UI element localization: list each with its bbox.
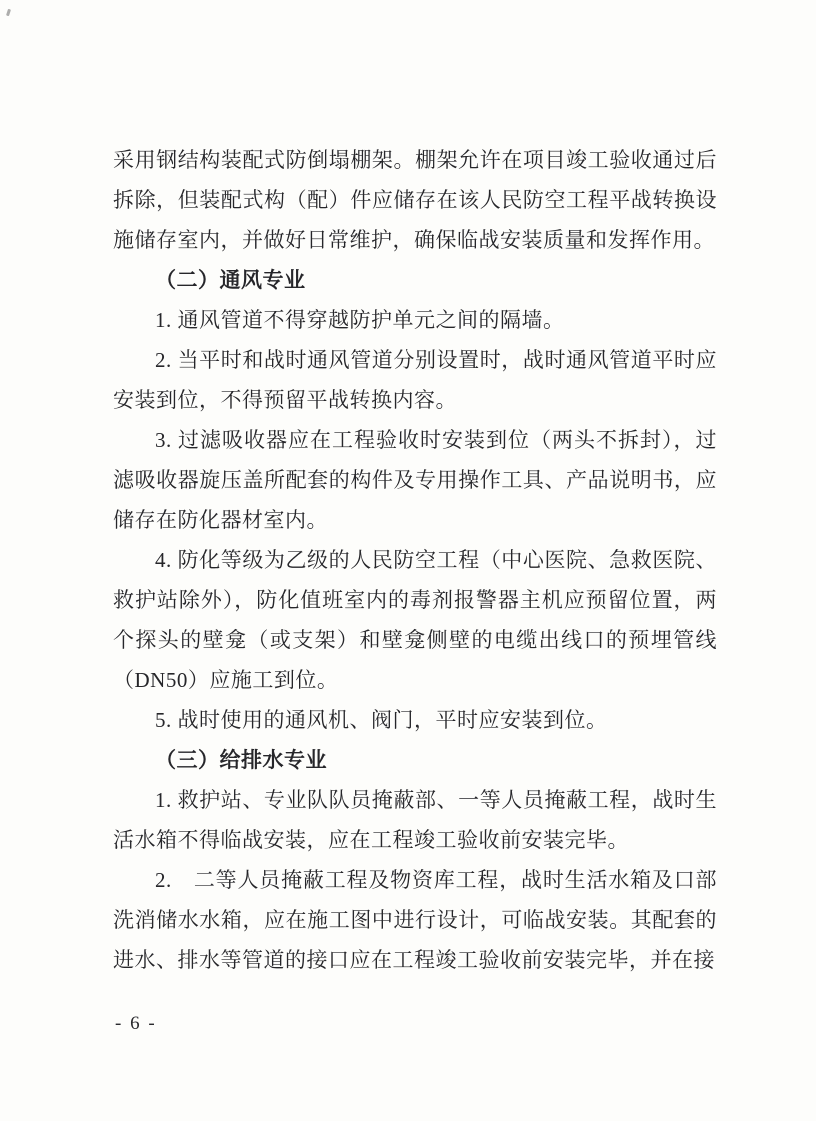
paragraph: 5. 战时使用的通风机、阀门，平时应安装到位。 [113, 700, 717, 740]
document-page: 采用钢结构装配式防倒塌棚架。棚架允许在项目竣工验收通过后拆除，但装配式构（配）件… [0, 0, 816, 1121]
page-footer: - 6 - [115, 1010, 157, 1038]
paragraph: 3. 过滤吸收器应在工程验收时安装到位（两头不拆封），过滤吸收器旋压盖所配套的构… [113, 420, 717, 540]
section-heading: （三）给排水专业 [113, 740, 717, 780]
section-heading: （二）通风专业 [113, 260, 717, 300]
paragraph: 2. 二等人员掩蔽工程及物资库工程，战时生活水箱及口部洗消储水水箱，应在施工图中… [113, 860, 717, 980]
paragraph: 1. 通风管道不得穿越防护单元之间的隔墙。 [113, 300, 717, 340]
paragraph: 2. 当平时和战时通风管道分别设置时，战时通风管道平时应安装到位，不得预留平战转… [113, 340, 717, 420]
document-body: 采用钢结构装配式防倒塌棚架。棚架允许在项目竣工验收通过后拆除，但装配式构（配）件… [113, 140, 717, 980]
page-number: - 6 - [115, 1013, 157, 1034]
paragraph: 采用钢结构装配式防倒塌棚架。棚架允许在项目竣工验收通过后拆除，但装配式构（配）件… [113, 140, 717, 260]
paragraph: 4. 防化等级为乙级的人民防空工程（中心医院、急救医院、救护站除外），防化值班室… [113, 540, 717, 700]
paragraph: 1. 救护站、专业队队员掩蔽部、一等人员掩蔽工程，战时生活水箱不得临战安装，应在… [113, 780, 717, 860]
scan-artifact [6, 9, 11, 17]
